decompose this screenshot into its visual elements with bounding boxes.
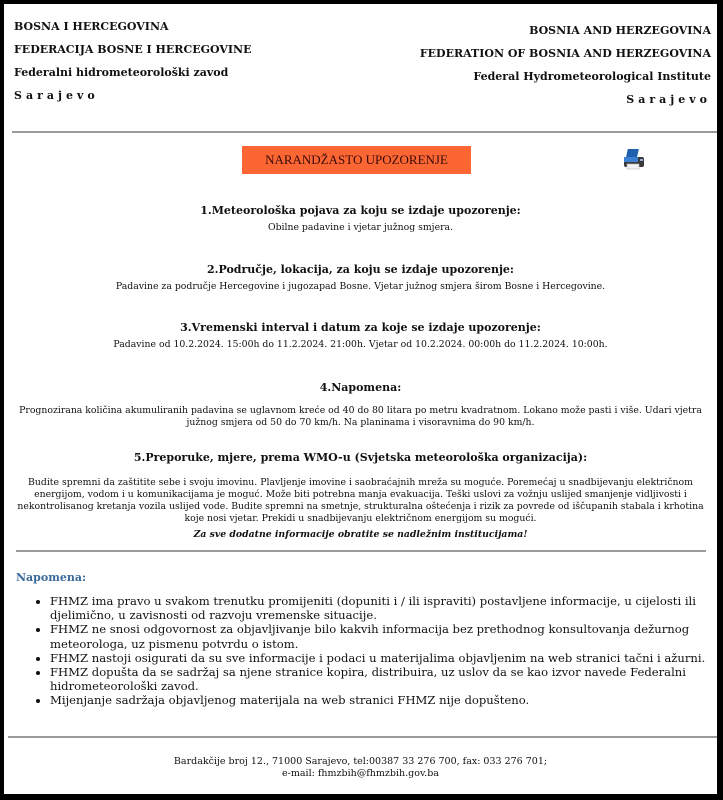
federation-name-en: FEDERATION OF BOSNIA AND HERZEGOVINA <box>420 47 711 70</box>
disclaimer-title: Napomena: <box>16 571 86 584</box>
section-title: 1.Meteorološka pojava za koju se izdaje … <box>4 204 717 218</box>
federation-name-bs: FEDERACIJA BOSNE I HERCEGOVINE <box>14 43 252 66</box>
footer-email: e-mail: fhmzbih@fhmzbih.gov.ba <box>4 768 717 780</box>
section-body: Padavine od 10.2.2024. 15:00h do 11.2.20… <box>4 339 717 351</box>
disclaimer-item: FHMZ ne snosi odgovornost za objavljivan… <box>50 622 710 650</box>
city-en: Sarajevo <box>420 93 711 116</box>
institute-name-en: Federal Hydrometeorological Institute <box>420 70 711 93</box>
header-left-bs: BOSNA I HERCEGOVINA FEDERACIJA BOSNE I H… <box>14 20 252 112</box>
country-name-en: BOSNIA AND HERZEGOVINA <box>420 24 711 47</box>
warning-level-badge: NARANDŽASTO UPOZORENJE <box>242 146 471 174</box>
section-title: 5.Preporuke, mjere, prema WMO-u (Svjetsk… <box>4 451 717 465</box>
printer-icon[interactable] <box>621 148 647 172</box>
section-area: 2.Područje, lokacija, za koju se izdaje … <box>4 263 717 293</box>
warning-page: BOSNA I HERCEGOVINA FEDERACIJA BOSNE I H… <box>4 4 717 794</box>
footer-address: Bardakčije broj 12., 71000 Sarajevo, tel… <box>4 756 717 768</box>
section-note: 4.Napomena: Prognozirana količina akumul… <box>4 381 717 429</box>
content-divider <box>16 550 706 552</box>
section-recommendations: 5.Preporuke, mjere, prema WMO-u (Svjetsk… <box>4 451 717 541</box>
header-divider <box>12 131 717 133</box>
disclaimer-item: Mijenjanje sadržaja objavljenog materija… <box>50 693 710 707</box>
header-right-en: BOSNIA AND HERZEGOVINA FEDERATION OF BOS… <box>420 24 711 116</box>
section-body: Obilne padavine i vjetar južnog smjera. <box>4 222 717 234</box>
contact-note: Za sve dodatne informacije obratite se n… <box>4 529 717 541</box>
section-interval: 3.Vremenski interval i datum za koje se … <box>4 321 717 351</box>
section-title: 2.Područje, lokacija, za koju se izdaje … <box>4 263 717 277</box>
section-body: Padavine za područje Hercegovine i jugoz… <box>4 281 717 293</box>
footer-divider <box>8 736 717 738</box>
disclaimer-item: FHMZ nastoji osigurati da su sve informa… <box>50 651 710 665</box>
section-body: Prognozirana količina akumuliranih padav… <box>4 405 717 429</box>
section-body: Budite spremni da zaštitite sebe i svoju… <box>4 477 717 525</box>
city-bs: Sarajevo <box>14 89 252 112</box>
section-title: 3.Vremenski interval i datum za koje se … <box>4 321 717 335</box>
institute-name-bs: Federalni hidrometeorološki zavod <box>14 66 252 89</box>
disclaimer-item: FHMZ dopušta da se sadržaj sa njene stra… <box>50 665 710 693</box>
disclaimer-list: FHMZ ima pravo u svakom trenutku promije… <box>28 594 710 708</box>
country-name-bs: BOSNA I HERCEGOVINA <box>14 20 252 43</box>
disclaimer-item: FHMZ ima pravo u svakom trenutku promije… <box>50 594 710 622</box>
footer-contact: Bardakčije broj 12., 71000 Sarajevo, tel… <box>4 756 717 780</box>
section-phenomenon: 1.Meteorološka pojava za koju se izdaje … <box>4 204 717 234</box>
section-title: 4.Napomena: <box>4 381 717 395</box>
